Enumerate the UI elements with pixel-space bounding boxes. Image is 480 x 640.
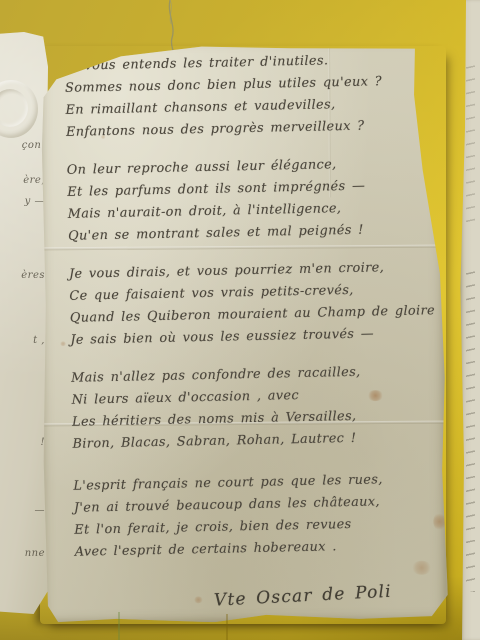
embossed-seal-ring bbox=[0, 89, 28, 127]
backdrop-shade-line bbox=[226, 614, 228, 640]
stanza: Je vous entends les traiter d'inutiles. … bbox=[64, 48, 438, 144]
embossed-seal bbox=[0, 80, 38, 138]
text-fragment: çon. bbox=[22, 140, 45, 152]
text-fragment: nne bbox=[25, 548, 45, 560]
faint-writing-marks bbox=[466, 262, 475, 592]
text-fragment: t , bbox=[33, 335, 45, 347]
underlying-sheet-left: çon. ère, y — ères t , ! — nne bbox=[0, 32, 48, 614]
author-signature: Vte Oscar de Poli bbox=[213, 577, 464, 612]
manuscript-page: Je vous entends les traiter d'inutiles. … bbox=[40, 43, 448, 624]
text-fragment: y — bbox=[25, 196, 45, 208]
foxing-spot bbox=[60, 341, 66, 346]
text-fragment: ère, bbox=[23, 175, 45, 187]
backdrop-seam-line bbox=[118, 612, 120, 640]
stanza: Mais n'allez pas confondre des racailles… bbox=[71, 360, 445, 456]
foxing-spot bbox=[194, 596, 203, 603]
text-fragment: — bbox=[35, 505, 46, 517]
faint-writing-marks bbox=[466, 56, 475, 226]
stanza: L'esprit français ne court pas que les r… bbox=[73, 468, 447, 564]
stanza: On leur reproche aussi leur élégance, Et… bbox=[67, 152, 441, 248]
handwritten-poem: Je vous entends les traiter d'inutiles. … bbox=[64, 48, 447, 580]
stanza: Je vous dirais, et vous pourriez m'en cr… bbox=[69, 256, 443, 352]
underlying-sheet-right-edge bbox=[460, 0, 480, 640]
text-fragment: ères bbox=[21, 270, 45, 282]
manuscript-photo: çon. ère, y — ères t , ! — nne Je vous e… bbox=[0, 0, 480, 640]
